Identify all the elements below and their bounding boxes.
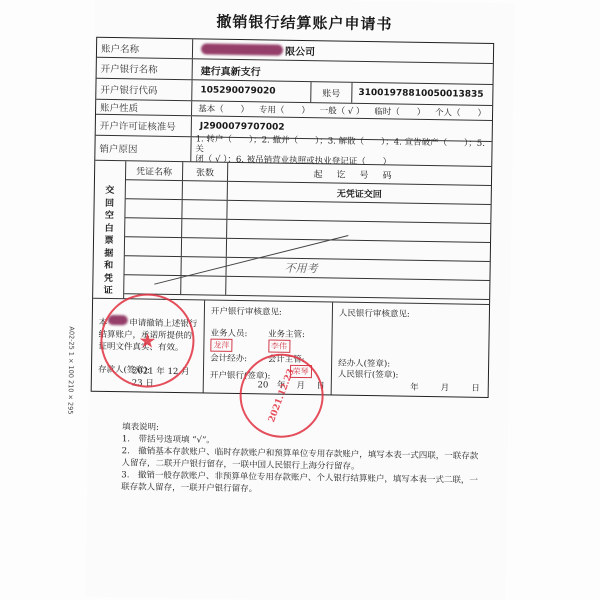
option-personal: 个人（ ） <box>435 106 486 119</box>
supervisor-stamp: 李伟 <box>268 339 290 352</box>
company-seal-stamp: ★ <box>100 292 195 387</box>
star-icon: ★ <box>138 328 156 352</box>
option-basic: 基本（ ） <box>198 102 249 115</box>
cell <box>125 218 182 237</box>
cell <box>183 181 228 200</box>
option-temporary: 临时（ ） <box>374 105 425 118</box>
day-label: 日 <box>471 381 480 393</box>
redaction-mark <box>201 43 283 55</box>
label-bank-code: 开户银行代码 <box>96 79 192 101</box>
value-bank-code: 105290079020 <box>192 80 310 102</box>
filling-instructions: 填表说明: 1. 带括号选项填 “√”。 2. 撤销基本存款账户、临时存款账户和… <box>121 421 482 499</box>
label-bank-name: 开户银行名称 <box>97 58 193 80</box>
cell <box>181 276 226 295</box>
header-voucher-name: 凭证名称 <box>126 161 183 180</box>
pboc-review: 人民银行审核意见: 经办人(签章): 人民银行(签章): 年 月 日 <box>332 302 489 396</box>
bank-review-title: 开户银行审核意见: <box>211 304 326 318</box>
bank-review: 开户银行审核意见: 业务人员:龙萍 会计经办: 业务主管:李伟 会计主管: 荣琴… <box>204 300 333 394</box>
year-label: 年 <box>410 380 419 392</box>
close-reason-options: 1. 转户（ ）；2. 撤并（ ）；3. 解散（ ）；4. 宣告破产（ ）；5.… <box>191 137 491 166</box>
document-title: 撤销银行结算账户申请书 <box>94 9 514 37</box>
cell <box>182 219 227 238</box>
vouchers-table: 凭证名称 张数 起讫号码 无凭证交回 不用考 <box>124 161 491 303</box>
cell <box>125 199 182 218</box>
cell <box>182 200 227 219</box>
pboc-bank-label: 人民银行(签章): <box>338 367 399 380</box>
pboc-review-title: 人民银行审核意见: <box>339 306 483 320</box>
cell <box>124 256 181 275</box>
application-form-paper: 撤销银行结算账户申请书 账户名称 限公司 开户银行名称 建行真新支行 开户银行代… <box>85 0 514 600</box>
side-char: 票 <box>104 235 113 248</box>
returned-vouchers-section: 交 回 空 白 票 据 和 凭 证 凭证名称 张数 起讫号码 <box>93 161 491 305</box>
accountant-label: 会计经办: <box>210 353 247 364</box>
side-char: 证 <box>104 285 113 298</box>
review-section: 本申请撤销上述银行结算账户，承诺所提供的证明文件真实、有效。 存款人(签章): … <box>92 298 489 396</box>
label-account-number: 账号 <box>310 82 351 103</box>
clerk-stamp: 龙萍 <box>210 338 232 351</box>
header-count: 张数 <box>183 162 228 181</box>
cell <box>226 277 489 299</box>
option-special: 专用（ ） <box>259 103 310 116</box>
side-char: 据 <box>104 247 113 260</box>
label-account-type: 账户性质 <box>96 100 192 116</box>
cell <box>126 180 183 199</box>
option-general: 一般（ √ ） <box>320 104 365 117</box>
instruction-item: 3. 撤销一般存款账户、非预算单位专用存款账户、个人银行结算账户，填写本表一式二… <box>121 469 481 499</box>
vouchers-side-label: 交 回 空 白 票 据 和 凭 证 <box>93 161 126 298</box>
side-char: 和 <box>104 260 113 273</box>
depositor-declaration: 本申请撤销上述银行结算账户，承诺所提供的证明文件真实、有效。 存款人(签章): … <box>92 298 205 392</box>
side-char: 交 <box>105 185 114 198</box>
label-account-name: 账户名称 <box>97 38 193 59</box>
clerk-label: 业务人员: <box>211 328 248 339</box>
form-code: A02-25 1 × 100 210 × 295 <box>66 326 75 414</box>
side-char: 回 <box>105 197 114 210</box>
month-label: 月 <box>441 381 450 393</box>
cell <box>182 238 227 257</box>
pboc-date: 年 月 日 <box>410 380 480 393</box>
scanned-page: 撤销银行结算账户申请书 账户名称 限公司 开户银行名称 建行真新支行 开户银行代… <box>0 0 600 600</box>
bank-stamp-date: 2021.12.23 <box>267 367 296 423</box>
application-form-table: 账户名称 限公司 开户银行名称 建行真新支行 开户银行代码 1052900790… <box>91 37 495 398</box>
side-char: 凭 <box>104 272 113 285</box>
handwritten-signature: 不用考 <box>284 260 317 277</box>
supervisor-label: 业务主管: <box>268 329 305 340</box>
account-name-suffix: 限公司 <box>285 43 315 58</box>
label-license-number: 开户许可证核准号 <box>96 115 192 137</box>
side-char: 空 <box>105 210 114 223</box>
side-char: 白 <box>105 222 114 235</box>
cell <box>125 237 182 256</box>
label-close-reason: 销户原因 <box>95 136 191 162</box>
value-account-number: 31001978810050013835 <box>351 83 492 105</box>
